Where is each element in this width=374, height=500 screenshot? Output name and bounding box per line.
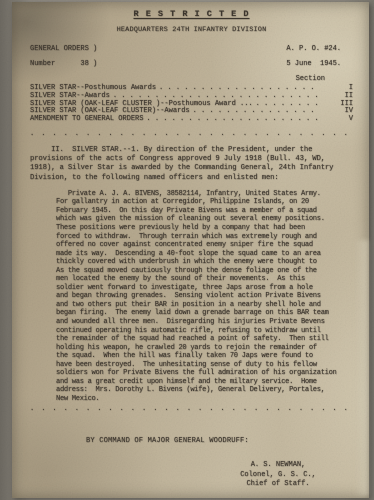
command-line: BY COMMAND OF MAJOR GENERAL WOODRUFF: bbox=[86, 437, 353, 445]
classification-banner: R E S T R I C T E D bbox=[30, 9, 353, 19]
toc-dot-leader: . . . . . . . . . . . . . . . . . . . . … bbox=[193, 108, 319, 116]
table-of-contents: SILVER STAR--Posthumous Awards . . . . .… bbox=[30, 85, 353, 124]
document-paper: R E S T R I C T E D HEADQUARTERS 24TH IN… bbox=[12, 2, 369, 498]
toc-section-numeral: IV bbox=[319, 108, 353, 116]
order-number-line: Number 38 ) bbox=[30, 60, 97, 68]
orders-block: GENERAL ORDERS ) Number 38 ) bbox=[30, 45, 97, 68]
general-orders-label: GENERAL ORDERS ) bbox=[30, 45, 97, 53]
orders-header-row: GENERAL ORDERS ) Number 38 ) A. P. O. #2… bbox=[30, 45, 353, 68]
date-line: 5 June 1945. bbox=[286, 60, 341, 68]
headquarters-line: HEADQUARTERS 24TH INFANTRY DIVISION bbox=[30, 26, 353, 34]
apo-date-block: A. P. O. #24. 5 June 1945. bbox=[286, 45, 341, 68]
toc-row: AMENDMENT TO GENERAL ORDERS . . . . . . … bbox=[30, 116, 353, 124]
separator-dots: . . . . . . . . . . . . . . . . . . . . … bbox=[30, 130, 353, 138]
section-column-header: Section bbox=[30, 75, 325, 83]
signature-name: A. S. NEWMAN, bbox=[213, 461, 343, 471]
signature-block: A. S. NEWMAN, Colonel, G. S. C., Chief o… bbox=[213, 461, 343, 490]
signature-title: Chief of Staff. bbox=[213, 480, 343, 490]
toc-section-numeral: V bbox=[319, 116, 353, 124]
toc-dot-leader: . . . . . . . . . . . . . . . . . . . . … bbox=[146, 116, 319, 124]
toc-label: AMENDMENT TO GENERAL ORDERS bbox=[30, 116, 143, 124]
citation-intro-paragraph: II. SILVER STAR.--1. By direction of the… bbox=[30, 146, 353, 183]
photo-background: { "header": { "classification": "R E S T… bbox=[0, 0, 374, 500]
toc-dot-leader: . . . . . . . . . . . . . . . . . . . . … bbox=[256, 101, 319, 109]
toc-dot-leader: . . . . . . . . . . . . . . . . . . . . … bbox=[159, 85, 319, 93]
apo-line: A. P. O. #24. bbox=[286, 45, 341, 53]
separator-dots: . . . . . . . . . . . . . . . . . . . . … bbox=[30, 405, 353, 413]
citation-paragraph: Private A. J. A. BIVENS, 38582114, Infan… bbox=[56, 190, 353, 404]
